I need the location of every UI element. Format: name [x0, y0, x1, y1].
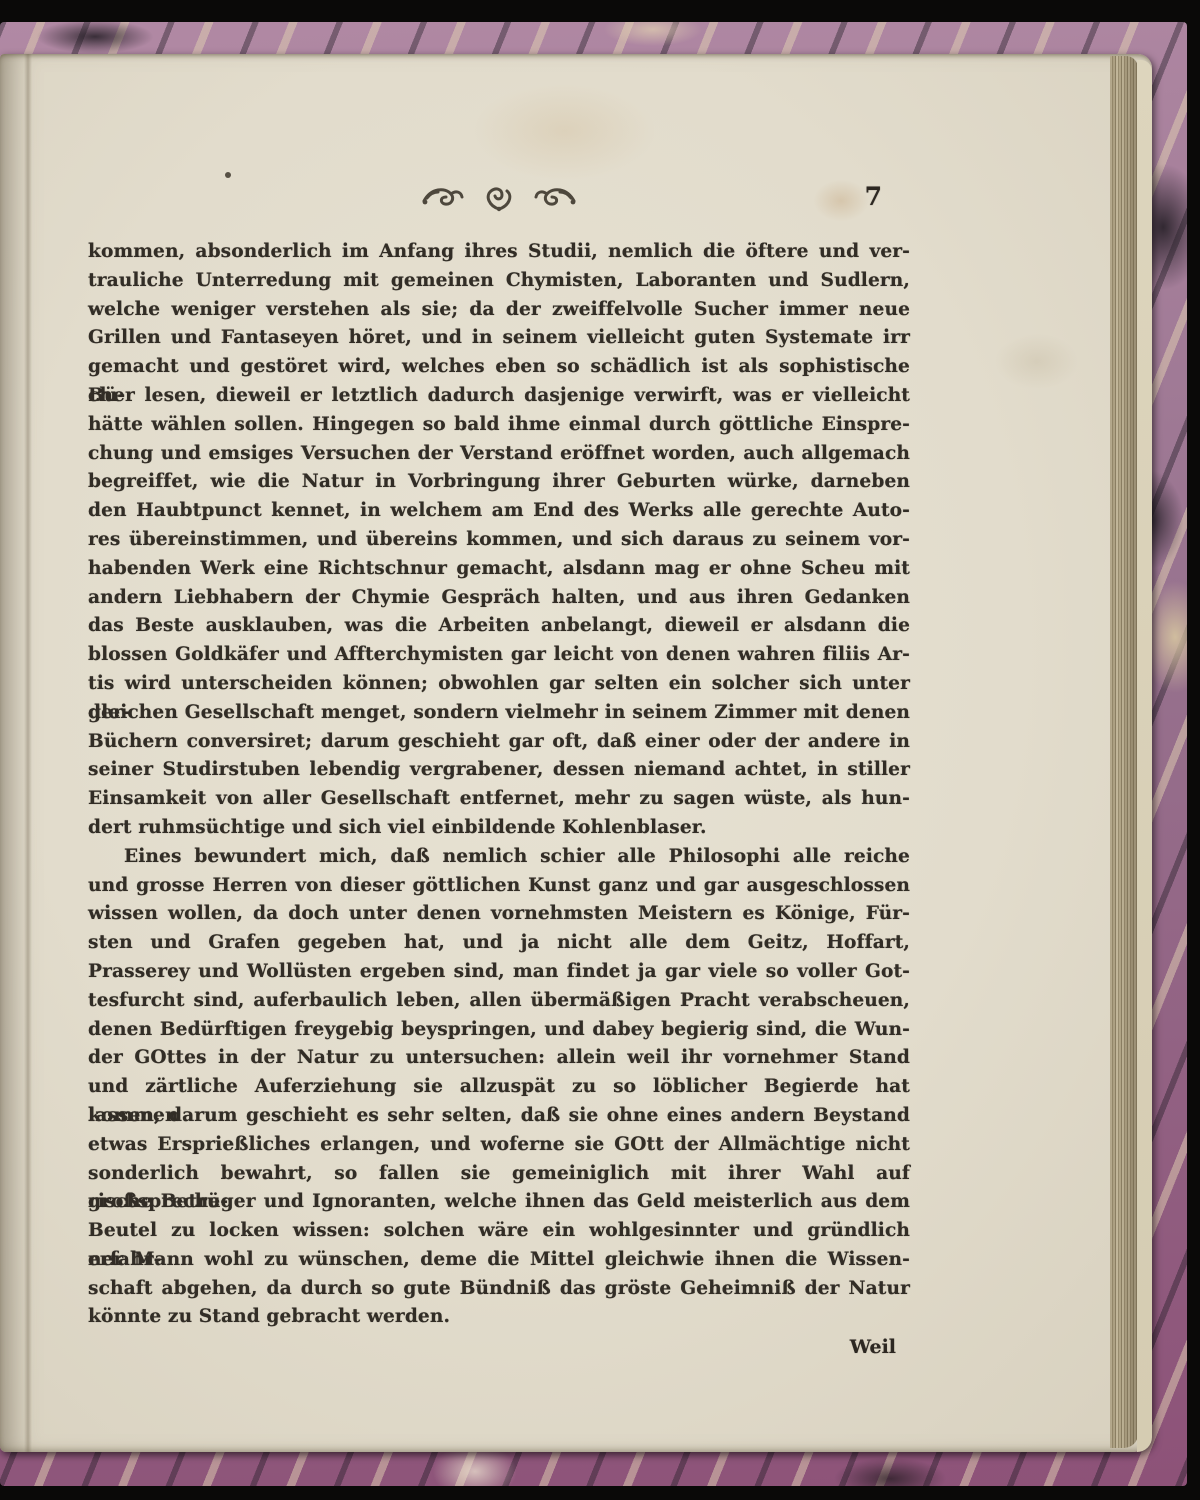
text-line: blossen Goldkäfer und Affterchymisten ga… [88, 641, 910, 670]
text-line: Einsamkeit von aller Gesellschaft entfer… [88, 785, 910, 814]
catchword: Weil [88, 1336, 910, 1358]
page-header: 7 [88, 180, 910, 216]
text-line: und grosse Herren von dieser göttlichen … [88, 872, 910, 901]
gutter-fold [24, 54, 32, 1452]
text-line: tesfurcht sind, auferbaulich leben, alle… [88, 987, 910, 1016]
text-line: Grillen und Fantaseyen höret, und in sei… [88, 324, 910, 353]
text-line: trauliche Unterredung mit gemeinen Chymi… [88, 267, 910, 296]
text-line: denen Bedürftigen freygebig beyspringen,… [88, 1016, 910, 1045]
text-line: habenden Werk eine Richtschnur gemacht, … [88, 555, 910, 584]
text-line: hätte wählen sollen. Hingegen so bald ih… [88, 411, 910, 440]
text-line: welche weniger verstehen als sie; da der… [88, 296, 910, 325]
text-line: sten und Grafen gegeben hat, und ja nich… [88, 929, 910, 958]
fleuron-icon [533, 184, 577, 212]
text-line: etwas Ersprießliches erlangen, und wofer… [88, 1131, 910, 1160]
text-line: ner Mann wohl zu wünschen, deme die Mitt… [88, 1246, 910, 1275]
text-line: das Beste ausklauben, was die Arbeiten a… [88, 612, 910, 641]
text-line: Eines bewundert mich, daß nemlich schier… [88, 843, 910, 872]
book-scan: 7 kommen, absonderlich im Anfang ihres S… [0, 0, 1200, 1500]
text-line: gemacht und gestöret wird, welches eben … [88, 353, 910, 382]
text-line: schaft abgehen, da durch so gute Bündniß… [88, 1275, 910, 1304]
text-line: res übereinstimmen, und übereins kommen,… [88, 526, 910, 555]
fleuron-icon [421, 184, 465, 212]
text-block: kommen, absonderlich im Anfang ihres Stu… [88, 238, 910, 1332]
text-line: rische Betrüger und Ignoranten, welche i… [88, 1188, 910, 1217]
under-leaf-edge [1137, 60, 1152, 1452]
folio-page-number: 7 [865, 182, 882, 211]
text-line: lassen, darum geschieht es sehr selten, … [88, 1102, 910, 1131]
text-line: Beutel zu locken wissen: solchen wäre ei… [88, 1217, 910, 1246]
text-line: den Haubtpunct kennet, in welchem am End… [88, 497, 910, 526]
text-line: Prasserey und Wollüsten ergeben sind, ma… [88, 958, 910, 987]
ink-fleck [225, 172, 231, 178]
text-line: gleichen Gesellschaft menget, sondern vi… [88, 699, 910, 728]
text-line: Büchern conversiret; darum geschieht gar… [88, 728, 910, 757]
page-fore-edge [1110, 56, 1138, 1448]
fleuron-icon [479, 184, 519, 212]
text-line: tis wird unterscheiden können; obwohlen … [88, 670, 910, 699]
text-line: sonderlich bewahrt, so fallen sie gemein… [88, 1160, 910, 1189]
text-line: der GOttes in der Natur zu untersuchen: … [88, 1044, 910, 1073]
text-line: begreiffet, wie die Natur in Vorbringung… [88, 468, 910, 497]
text-line: wissen wollen, da doch unter denen vorne… [88, 900, 910, 929]
text-line: andern Liebhabern der Chymie Gespräch ha… [88, 584, 910, 613]
text-line: chung und emsiges Versuchen der Verstand… [88, 440, 910, 469]
text-line: kommen, absonderlich im Anfang ihres Stu… [88, 238, 910, 267]
text-line: seiner Studirstuben lebendig vergrabener… [88, 756, 910, 785]
fleuron-ornament-icon [88, 180, 910, 216]
text-line: und zärtliche Auferziehung sie allzuspät… [88, 1073, 910, 1102]
text-line: cher lesen, dieweil er letztlich dadurch… [88, 382, 910, 411]
